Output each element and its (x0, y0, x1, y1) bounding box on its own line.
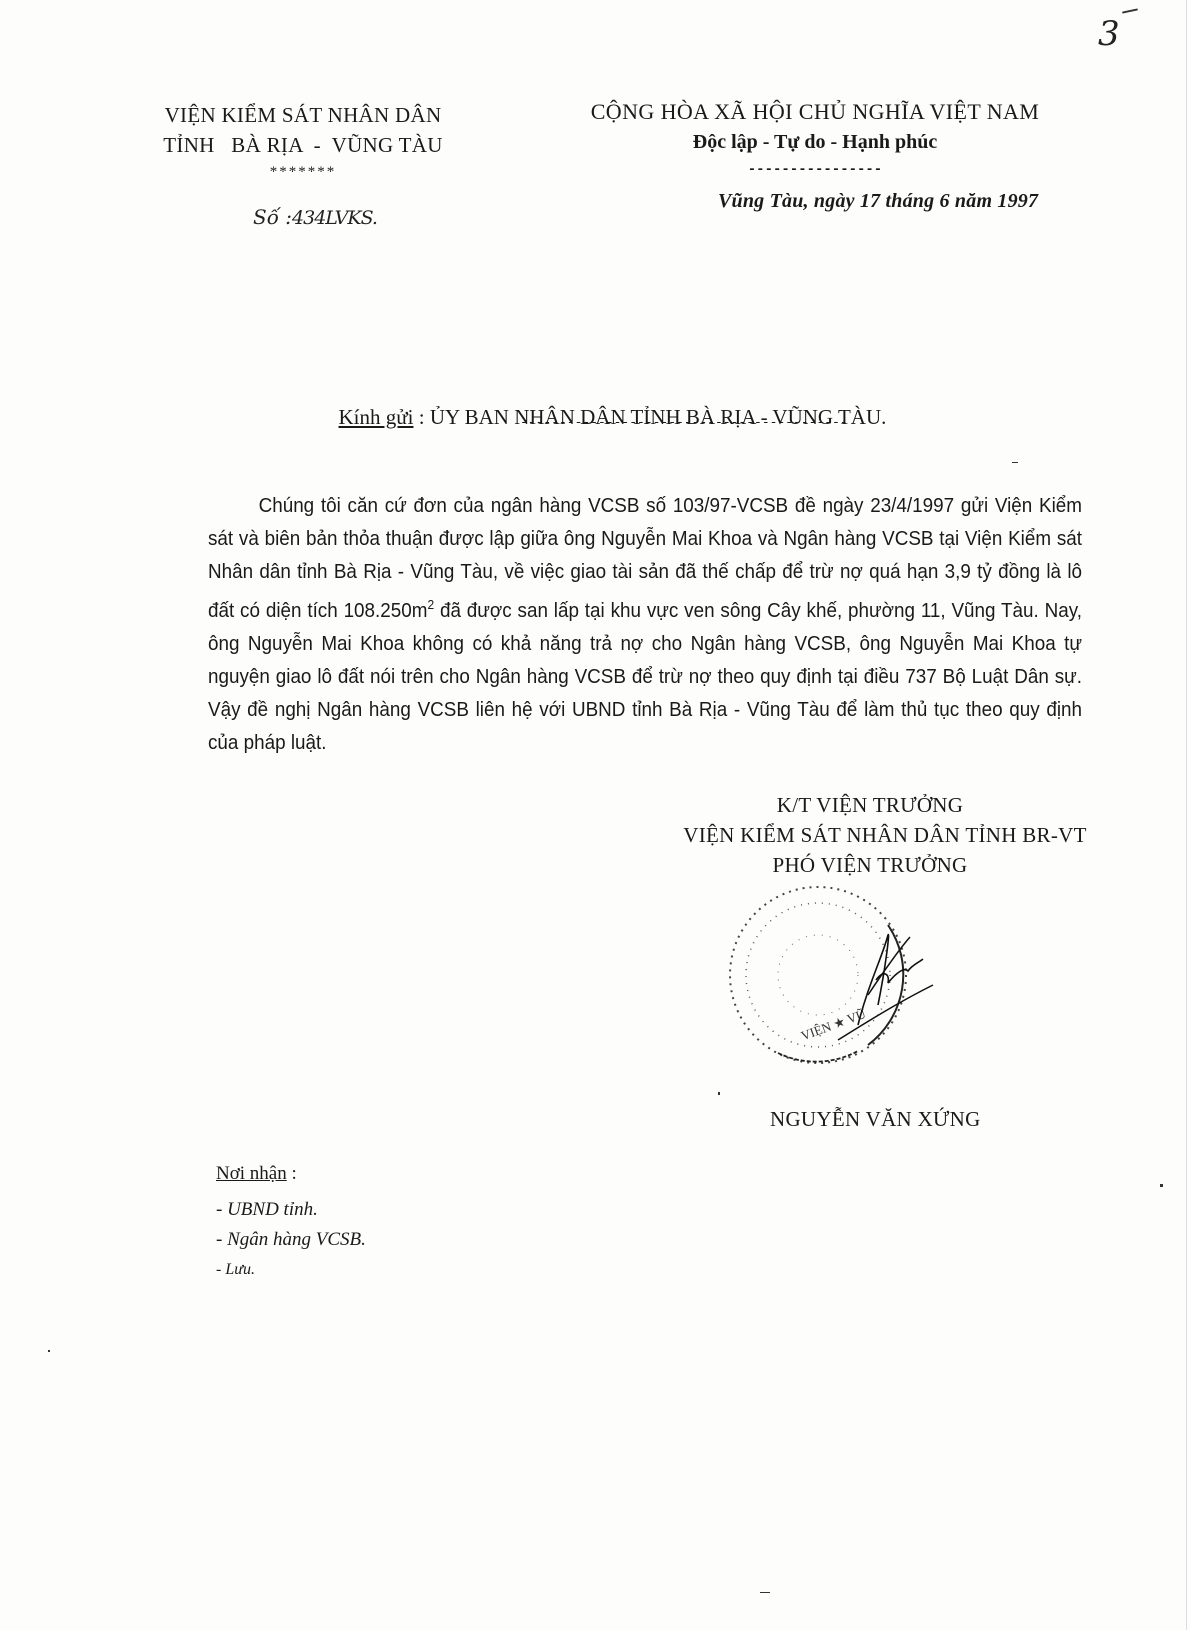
issuer-name: VIỆN KIỂM SÁT NHÂN DÂN (130, 100, 476, 130)
signer-name: NGUYỄN VĂN XỨNG (770, 1104, 981, 1134)
body-paragraph: Chúng tôi căn cứ đơn của ngân hàng VCSB … (208, 489, 1082, 759)
national-motto: Độc lập - Tự do - Hạnh phúc (560, 127, 1070, 157)
issuer-block: VIỆN KIỂM SÁT NHÂN DÂN TỈNH BÀ RỊA - VŨN… (130, 100, 476, 184)
distribution-label: Nơi nhận (216, 1163, 287, 1184)
motto-rule: ---------------- (560, 163, 1070, 177)
issuer-province: TỈNH BÀ RỊA - VŨNG TÀU (130, 130, 476, 160)
official-seal-icon: VIỆN ★ VŨ (718, 875, 958, 1075)
national-header: CỘNG HÒA XÃ HỘI CHỦ NGHĨA VIỆT NAM Độc l… (560, 97, 1070, 177)
distribution-item: - Lưu. (216, 1255, 366, 1285)
reference-label: Số : (253, 205, 292, 229)
distribution-separator: : (287, 1163, 297, 1184)
handwritten-mark (1122, 8, 1138, 13)
body-text-part2: đã được san lấp tại khu vực ven sông Cây… (208, 599, 1082, 754)
distribution-item: - Ngân hàng VCSB. (216, 1225, 366, 1255)
country-name: CỘNG HÒA XÃ HỘI CHỦ NGHĨA VIỆT NAM (560, 97, 1070, 127)
scan-speck (760, 1592, 770, 1593)
scan-edge (1186, 0, 1187, 1630)
issuer-stars: ******* (130, 160, 476, 184)
page-number-handwritten: 3 (1098, 14, 1120, 54)
distribution-block: Nơi nhận : - UBND tỉnh. - Ngân hàng VCSB… (216, 1163, 366, 1285)
place-date: Vũng Tàu, ngày 17 tháng 6 năm 1997 (718, 190, 1038, 213)
signature-title-line2: VIỆN KIỂM SÁT NHÂN DÂN TỈNH BR-VT (640, 820, 1130, 850)
recipient-separator: : (413, 405, 429, 429)
distribution-label-line: Nơi nhận : (216, 1163, 366, 1185)
reference-value: 434LVKS. (292, 207, 377, 229)
area-superscript: 2 (427, 597, 434, 612)
scan-speck (1160, 1184, 1163, 1187)
signature-title-line1: K/T VIỆN TRƯỞNG (640, 790, 1130, 820)
scan-speck (48, 1350, 50, 1352)
scan-speck (718, 1092, 720, 1095)
recipient-rule: ----------------------------------------… (520, 416, 848, 430)
scan-speck (1012, 462, 1018, 463)
recipient-label: Kính gửi (339, 405, 414, 429)
letter-body: Chúng tôi căn cứ đơn của ngân hàng VCSB … (208, 489, 1082, 759)
signature-titles: K/T VIỆN TRƯỞNG VIỆN KIỂM SÁT NHÂN DÂN T… (640, 790, 1130, 880)
reference-number: Số :434LVKS. (253, 205, 377, 229)
distribution-item: - UBND tỉnh. (216, 1195, 366, 1225)
